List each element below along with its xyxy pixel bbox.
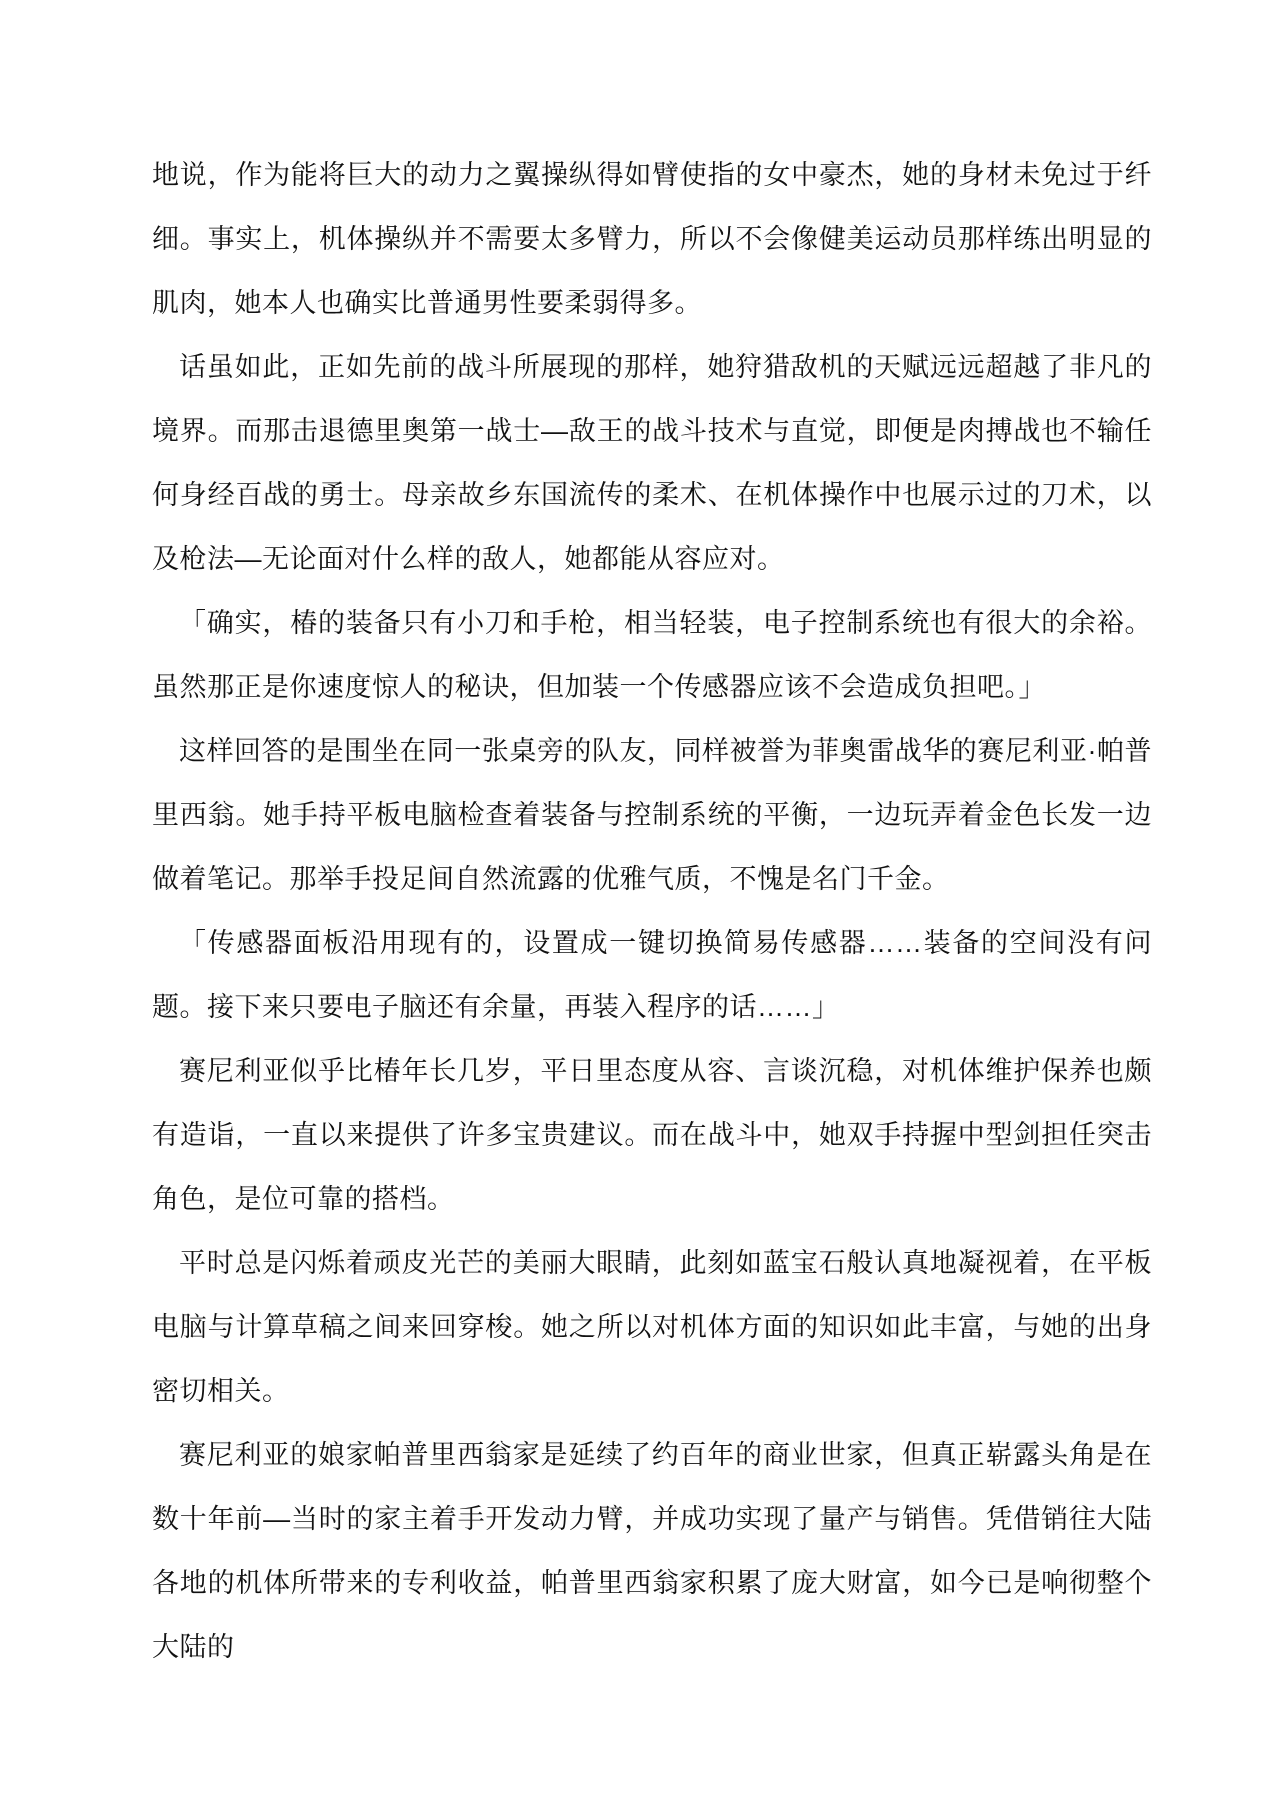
paragraph-dialogue: 「确实，椿的装备只有小刀和手枪，相当轻装，电子控制系统也有很大的余裕。虽然那正是… [152,591,1152,719]
paragraph-dialogue: 「传感器面板沿用现有的，设置成一键切换简易传感器……装备的空间没有问题。接下来只… [152,911,1152,1039]
text-block: 地说，作为能将巨大的动力之翼操纵得如臂使指的女中豪杰，她的身材未免过于纤细。事实… [152,143,1152,1679]
paragraph-continuation: 地说，作为能将巨大的动力之翼操纵得如臂使指的女中豪杰，她的身材未免过于纤细。事实… [152,143,1152,335]
paragraph: 赛尼利亚似乎比椿年长几岁，平日里态度从容、言谈沉稳，对机体维护保养也颇有造诣，一… [152,1039,1152,1231]
paragraph: 平时总是闪烁着顽皮光芒的美丽大眼睛，此刻如蓝宝石般认真地凝视着，在平板电脑与计算… [152,1231,1152,1423]
paragraph: 话虽如此，正如先前的战斗所展现的那样，她狩猎敌机的天赋远远超越了非凡的境界。而那… [152,335,1152,591]
paragraph-truncated: 赛尼利亚的娘家帕普里西翁家是延续了约百年的商业世家，但真正崭露头角是在数十年前—… [152,1423,1152,1679]
paragraph: 这样回答的是围坐在同一张桌旁的队友，同样被誉为菲奥雷战华的赛尼利亚·帕普里西翁。… [152,719,1152,911]
novel-page: 地说，作为能将巨大的动力之翼操纵得如臂使指的女中豪杰，她的身材未免过于纤细。事实… [0,0,1280,1810]
